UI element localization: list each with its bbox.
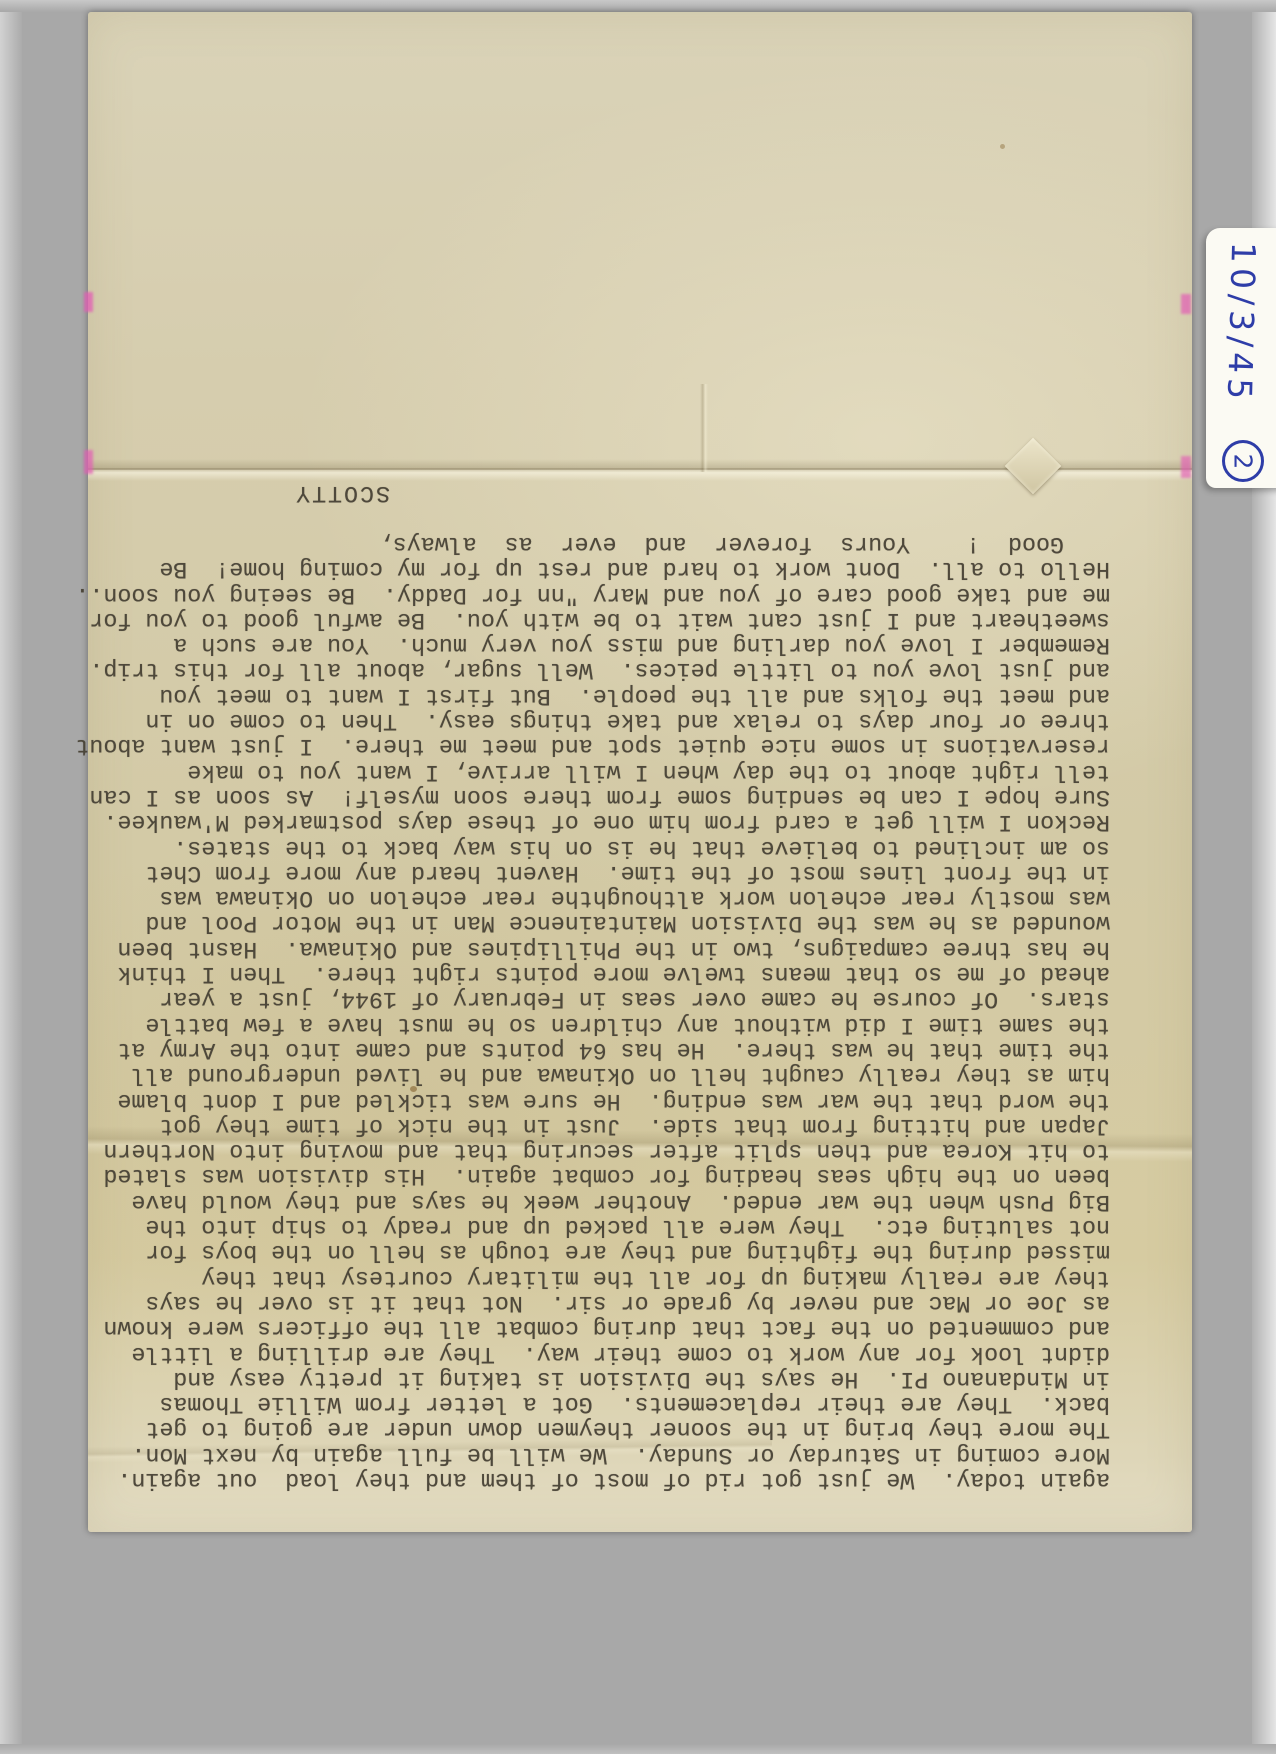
archive-label-date: 10/3/45: [1220, 242, 1263, 405]
letter-line: the same time I did without any children…: [105, 1011, 1110, 1036]
scanner-edge-bottom: [0, 1744, 1276, 1754]
pink-edge-mark: [1181, 456, 1191, 478]
letter-line: the time that he was there. He has 64 po…: [105, 1037, 1110, 1062]
letter-line: More coming in Saturday or Sunday. We wi…: [105, 1441, 1110, 1466]
pink-edge-mark: [84, 292, 93, 312]
letter-line: was mostly rear echelon work althoughthe…: [105, 885, 1110, 910]
letter-line: they are really making up for all the mi…: [105, 1264, 1110, 1289]
letter-text-upside-down: again today. We just got rid of most of …: [105, 480, 1110, 1492]
letter-closing: Good ! Yours forever and ever as always,: [105, 531, 1110, 556]
letter-line: didnt look for any work to come their wa…: [105, 1340, 1110, 1365]
letter-line: me and take good care of you and Mary "n…: [105, 581, 1110, 606]
letter-line: Hello to all. Dont work to hard and rest…: [105, 556, 1110, 581]
letter-line: been on the high seas heading for combat…: [105, 1163, 1110, 1188]
scanned-letter-page: again today. We just got rid of most of …: [0, 0, 1276, 1754]
letter-line: missed during the fighting and they are …: [105, 1239, 1110, 1264]
letter-line: wounded as he was the Division Maintaine…: [105, 910, 1110, 935]
letter-lines: again today. We just got rid of most of …: [105, 556, 1110, 1492]
letter-line: Sure hope I can be sending some from the…: [105, 784, 1110, 809]
paper-stain: [1000, 144, 1005, 149]
letter-line: ahead of me so that means twelve more po…: [105, 961, 1110, 986]
letter-line: he has three campaigns, two in the Phill…: [105, 935, 1110, 960]
letter-line: the word that the war was ending. He sur…: [105, 1087, 1110, 1112]
archive-label-page-circle: 2: [1222, 440, 1264, 482]
letter-line: and just love you to little peices. Well…: [105, 657, 1110, 682]
letter-line: in the front lines most of the time. Hav…: [105, 860, 1110, 885]
pink-edge-mark: [84, 450, 93, 474]
archive-label-page-number: 2: [1229, 453, 1258, 469]
letter-line: as Joe or Mac and never by grade or sir.…: [105, 1290, 1110, 1315]
letter-line: not saluting etc. They were all packed u…: [105, 1214, 1110, 1239]
letter-line: and commented on the fact that during co…: [105, 1315, 1110, 1340]
letter-line: three or four days to relax and take thi…: [105, 708, 1110, 733]
letter-line: Remember I love you darling and miss you…: [105, 632, 1110, 657]
letter-line: reservations in some nice quiet spot and…: [105, 733, 1110, 758]
letter-line: back. They are their replacements. Got a…: [105, 1391, 1110, 1416]
vertical-crease: [700, 384, 708, 472]
letter-line: and meet the folks and all the people. B…: [105, 683, 1110, 708]
letter-line: Reckon I will get a card from him one of…: [105, 809, 1110, 834]
scanner-edge-left: [0, 0, 22, 1754]
letter-line: him as they really caught hell on Okinaw…: [105, 1062, 1110, 1087]
letter-signature: SCOTTY: [105, 480, 1110, 505]
signature-gap: [105, 505, 1110, 530]
letter-line: The more they bring in the sooner theyme…: [105, 1416, 1110, 1441]
letter-line: sweetheart and I just cant wait to be wi…: [105, 607, 1110, 632]
letter-line: Big Push when the war ended. Another wee…: [105, 1188, 1110, 1213]
letter-line: tell right about to the day when I will …: [105, 758, 1110, 783]
letter-line: stars. Of course he came over seas in Fe…: [105, 986, 1110, 1011]
scanner-edge-top: [0, 0, 1276, 12]
pink-edge-mark: [1181, 294, 1191, 314]
letter-line: in Mindanano PI. He says the Division is…: [105, 1366, 1110, 1391]
letter-line: Japan and hitting from that side. Just i…: [105, 1113, 1110, 1138]
letter-line: so am inclined to believe that he is on …: [105, 834, 1110, 859]
letter-line: again today. We just got rid of most of …: [105, 1467, 1110, 1492]
letter-paper: again today. We just got rid of most of …: [88, 12, 1192, 1532]
letter-line: to hit Korea and then split after securi…: [105, 1138, 1110, 1163]
archive-label: 10/3/45 2: [1206, 228, 1276, 488]
